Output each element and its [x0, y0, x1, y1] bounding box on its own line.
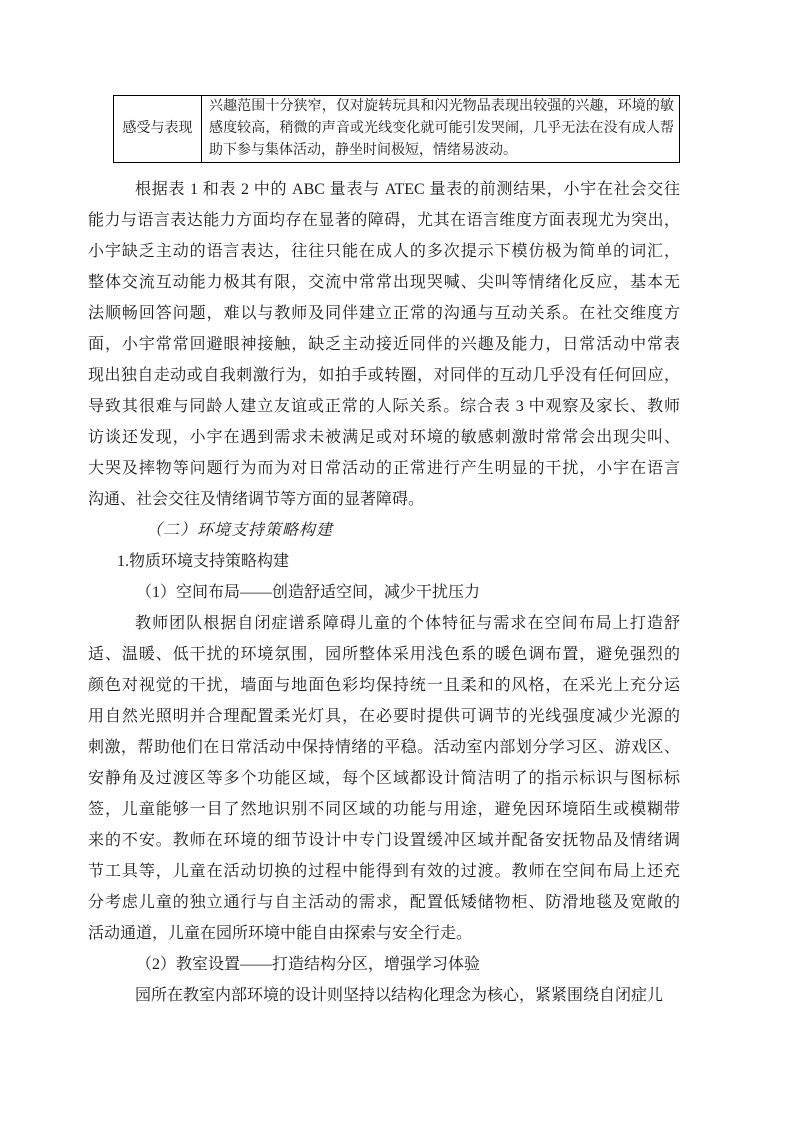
text-line: 适、温暖、低干扰的环境氛围，园所整体采用浅色系的暖色调布置，避免强烈的	[88, 639, 680, 670]
text-line: 安静角及过渡区等多个功能区域，每个区域都设计简洁明了的指示标识与图标标	[88, 763, 680, 794]
text-line: 面，小宇常常回避眼神接触，缺乏主动接近同伴的兴趣及能力，日常活动中常表	[88, 329, 680, 360]
paragraph-assessment-results: 根据表 1 和表 2 中的 ABC 量表与 ATEC 量表的前测结果，小宇在社会…	[88, 174, 680, 515]
paragraph-classroom-setup: 园所在教室内部环境的设计则坚持以结构化理念为核心，紧紧围绕自闭症儿	[88, 980, 680, 1011]
text-line: 助下参与集体活动，静坐时间极短，情绪易波动。	[209, 140, 674, 162]
heading-classroom-setup: （2）教室设置——打造结构分区，增强学习体验	[88, 949, 680, 980]
page-content: 感受与表现 兴趣范围十分狭窄，仅对旋转玩具和闪光物品表现出较强的兴趣，环境的敏感…	[88, 95, 680, 1011]
text-line: 分考虑儿童的独立通行与自主活动的需求，配置低矮储物柜、防滑地毯及宽敞的	[88, 887, 680, 918]
text-line: 访谈还发现，小宇在遇到需求未被满足或对环境的敏感刺激时常常会出现尖叫、	[88, 422, 680, 453]
text-line: 来的不安。教师在环境的细节设计中专门设置缓冲区域并配备安抚物品及情绪调	[88, 825, 680, 856]
text-line: 导致其很难与同龄人建立友谊或正常的人际关系。综合表 3 中观察及家长、教师	[88, 391, 680, 422]
text-line: 现出独自走动或自我刺激行为，如拍手或转圈，对同伴的互动几乎没有任何回应，	[88, 360, 680, 391]
heading-space-layout: （1）空间布局——创造舒适空间，减少干扰压力	[88, 577, 680, 608]
table-cell-label: 感受与表现	[114, 96, 202, 163]
text-line: 小宇缺乏主动的语言表达，往往只能在成人的多次提示下模仿极为简单的词汇，	[88, 236, 680, 267]
text-line: 能力与语言表达能力方面均存在显著的障碍，尤其在语言维度方面表现尤为突出，	[88, 205, 680, 236]
text-line: 颜色对视觉的干扰，墙面与地面色彩均保持统一且柔和的风格，在采光上充分运	[88, 670, 680, 701]
text-line: 签，儿童能够一目了然地识别不同区域的功能与用途，避免因环境陌生或模糊带	[88, 794, 680, 825]
heading-material-env-strategy: 1.物质环境支持策略构建	[88, 546, 680, 577]
document-page: 感受与表现 兴趣范围十分狭窄，仅对旋转玩具和闪光物品表现出较强的兴趣，环境的敏感…	[0, 0, 793, 1122]
text-line: 沟通、社会交往及情绪调节等方面的显著障碍。	[88, 484, 680, 515]
text-line: 刺激，帮助他们在日常活动中保持情绪的平稳。活动室内部划分学习区、游戏区、	[88, 732, 680, 763]
text-line: 活动通道，儿童在园所环境中能自由探索与安全行走。	[88, 918, 680, 949]
text-line: 园所在教室内部环境的设计则坚持以结构化理念为核心，紧紧围绕自闭症儿	[88, 980, 680, 1011]
text-line: 根据表 1 和表 2 中的 ABC 量表与 ATEC 量表的前测结果，小宇在社会…	[88, 174, 680, 205]
text-line: 节工具等，儿童在活动切换的过程中能得到有效的过渡。教师在空间布局上还充	[88, 856, 680, 887]
heading-env-support-strategy: （二）环境支持策略构建	[88, 515, 680, 546]
text-line: 教师团队根据自闭症谱系障碍儿童的个体特征与需求在空间布局上打造舒	[88, 608, 680, 639]
text-line: 用自然光照明并合理配置柔光灯具，在必要时提供可调节的光线强度减少光源的	[88, 701, 680, 732]
text-line: 兴趣范围十分狭窄，仅对旋转玩具和闪光物品表现出较强的兴趣，环境的敏	[209, 96, 674, 118]
text-line: 法顺畅回答问题，难以与教师及同伴建立正常的沟通与互动关系。在社交维度方	[88, 298, 680, 329]
text-line: 整体交流互动能力极其有限，交流中常常出现哭喊、尖叫等情绪化反应，基本无	[88, 267, 680, 298]
paragraph-space-layout: 教师团队根据自闭症谱系障碍儿童的个体特征与需求在空间布局上打造舒适、温暖、低干扰…	[88, 608, 680, 949]
text-line: 大哭及摔物等问题行为而为对日常活动的正常进行产生明显的干扰，小宇在语言	[88, 453, 680, 484]
table-row: 感受与表现 兴趣范围十分狭窄，仅对旋转玩具和闪光物品表现出较强的兴趣，环境的敏感…	[114, 96, 680, 163]
text-line: 感度较高，稍微的声音或光线变化就可能引发哭闹，几乎无法在没有成人帮	[209, 118, 674, 140]
table-cell-content: 兴趣范围十分狭窄，仅对旋转玩具和闪光物品表现出较强的兴趣，环境的敏感度较高，稍微…	[202, 96, 680, 163]
assessment-table: 感受与表现 兴趣范围十分狭窄，仅对旋转玩具和闪光物品表现出较强的兴趣，环境的敏感…	[113, 95, 680, 163]
